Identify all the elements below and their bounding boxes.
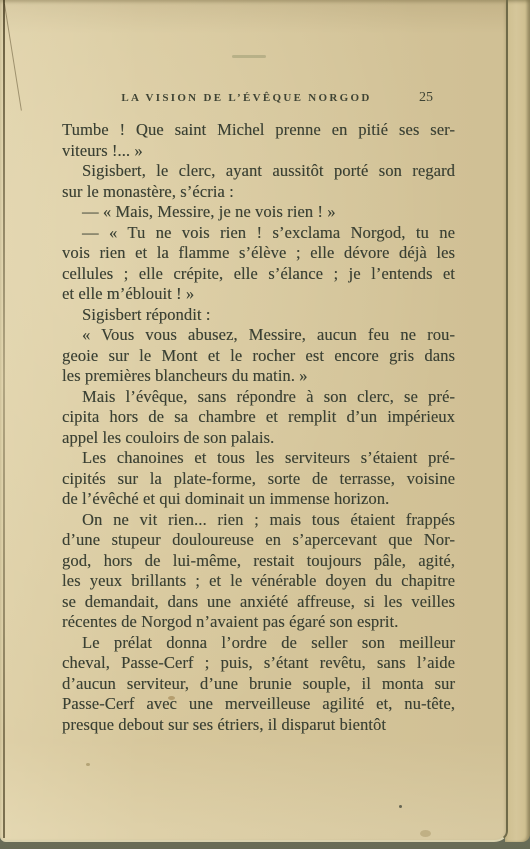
text-line: récentes de Norgod n’avaient pas égaré s… bbox=[62, 612, 455, 633]
text-line: cipités sur la plate-forme, sorte de ter… bbox=[62, 469, 455, 490]
text-line: d’une stupeur douloureuse en s’apercevan… bbox=[62, 530, 455, 551]
chapter-title: LA VISION DE L’ÉVÊQUE NORGOD bbox=[62, 92, 431, 104]
text-line: se demandait, dans une anxiété affreuse,… bbox=[62, 592, 455, 613]
text-line: vois rien et la flamme s’élève ; elle dé… bbox=[62, 243, 455, 264]
paper-speck bbox=[399, 805, 402, 808]
paragraph: Sigisbert, le clerc, ayant aussitôt port… bbox=[62, 161, 455, 202]
text-line: cellules ; elle crépite, elle s’élance ;… bbox=[62, 264, 455, 285]
paragraph: — « Tu ne vois rien ! s’exclama Norgod, … bbox=[62, 223, 455, 305]
page-body: Tumbe ! Que saint Michel prenne en pitié… bbox=[62, 120, 455, 735]
text-line: Passe-Cerf avec une merveilleuse agilité… bbox=[62, 694, 455, 715]
text-line: les yeux brillants ; et le vénérable doy… bbox=[62, 571, 455, 592]
text-line: Les chanoines et tous les serviteurs s’é… bbox=[62, 448, 455, 469]
text-line: — « Mais, Messire, je ne vois rien ! » bbox=[62, 202, 455, 223]
text-line: presque debout sur ses étriers, il dispa… bbox=[62, 715, 455, 736]
text-line: sur le monastère, s’écria : bbox=[62, 182, 455, 203]
text-line: Le prélat donna l’ordre de seller son me… bbox=[62, 633, 455, 654]
paper-speck bbox=[86, 763, 90, 766]
paragraph: Tumbe ! Que saint Michel prenne en pitié… bbox=[62, 120, 455, 161]
text-column: LA VISION DE L’ÉVÊQUE NORGOD 25 Tumbe ! … bbox=[62, 92, 455, 735]
underlying-page-edges bbox=[505, 0, 530, 842]
paragraph: « Vous vous abusez, Messire, aucun feu n… bbox=[62, 325, 455, 387]
text-line: Sigisbert répondit : bbox=[62, 305, 455, 326]
paper-speck bbox=[420, 830, 431, 837]
page-left-crease bbox=[3, 0, 5, 838]
text-line: geoie sur le Mont et le rocher est encor… bbox=[62, 346, 455, 367]
paragraph: Mais l’évêque, sans répondre à son clerc… bbox=[62, 387, 455, 449]
paragraph: On ne vit rien... rien ; mais tous étaie… bbox=[62, 510, 455, 633]
text-line: — « Tu ne vois rien ! s’exclama Norgod, … bbox=[62, 223, 455, 244]
text-line: les premières blancheurs du matin. » bbox=[62, 366, 455, 387]
text-line: On ne vit rien... rien ; mais tous étaie… bbox=[62, 510, 455, 531]
paragraph: — « Mais, Messire, je ne vois rien ! » bbox=[62, 202, 455, 223]
scanned-book-page: LA VISION DE L’ÉVÊQUE NORGOD 25 Tumbe ! … bbox=[0, 0, 508, 842]
text-line: Sigisbert, le clerc, ayant aussitôt port… bbox=[62, 161, 455, 182]
text-line: de l’évêché et qui dominait un immense h… bbox=[62, 489, 455, 510]
paragraph: Sigisbert répondit : bbox=[62, 305, 455, 326]
page-number: 25 bbox=[419, 90, 433, 106]
paragraph: Le prélat donna l’ordre de seller son me… bbox=[62, 633, 455, 736]
text-line: viteurs !... » bbox=[62, 141, 455, 162]
text-line: god, hors de lui-même, restait toujours … bbox=[62, 551, 455, 572]
text-line: cipita hors de sa chambre et remplit d’u… bbox=[62, 407, 455, 428]
running-header: LA VISION DE L’ÉVÊQUE NORGOD 25 bbox=[62, 92, 455, 107]
paper-speck bbox=[232, 55, 266, 58]
paragraph: Les chanoines et tous les serviteurs s’é… bbox=[62, 448, 455, 510]
text-line: Mais l’évêque, sans répondre à son clerc… bbox=[62, 387, 455, 408]
paper-crease bbox=[4, 4, 22, 111]
text-line: d’aucun serviteur, d’une brunie souple, … bbox=[62, 674, 455, 695]
text-line: Tumbe ! Que saint Michel prenne en pitié… bbox=[62, 120, 455, 141]
text-line: et elle m’éblouit ! » bbox=[62, 284, 455, 305]
text-line: appel les couloirs de son palais. bbox=[62, 428, 455, 449]
text-line: « Vous vous abusez, Messire, aucun feu n… bbox=[62, 325, 455, 346]
text-line: cheval, Passe-Cerf ; puis, s’étant revêt… bbox=[62, 653, 455, 674]
